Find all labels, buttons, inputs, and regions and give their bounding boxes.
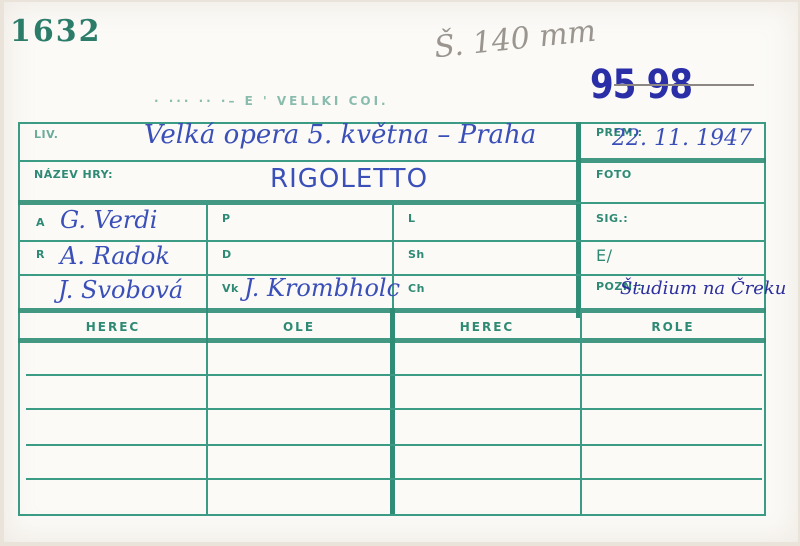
divider bbox=[390, 308, 395, 514]
composer-value: G. Verdi bbox=[60, 206, 157, 234]
row-label-vk: Vk bbox=[222, 282, 239, 295]
row-label-d: D bbox=[222, 248, 232, 261]
archive-card: 1632 Š. 140 mm 95 98 · ··· ·· ·– E ' VEL… bbox=[4, 2, 798, 542]
divider bbox=[576, 122, 581, 318]
table-row-line bbox=[26, 478, 762, 480]
note-value: Študium na Čreku bbox=[620, 278, 786, 299]
sig-label: SIG.: bbox=[596, 212, 628, 225]
title-value: RIGOLETTO bbox=[270, 164, 428, 194]
col-header-role-2: ROLE bbox=[582, 320, 764, 334]
col-header-actor-2: HEREC bbox=[394, 320, 580, 334]
row-label-r: R bbox=[36, 248, 45, 261]
divider bbox=[576, 202, 766, 204]
col-header-actor: HEREC bbox=[20, 320, 206, 334]
table-row-line bbox=[26, 408, 762, 410]
divider bbox=[18, 200, 578, 205]
table-row-line bbox=[26, 444, 762, 446]
venue-label: LIV. bbox=[34, 128, 58, 141]
frame-bottom bbox=[18, 514, 766, 516]
pencil-note: Š. 140 mm bbox=[433, 14, 598, 66]
row-label-sh: Sh bbox=[408, 248, 425, 261]
catalog-number: 1632 bbox=[10, 14, 102, 49]
divider bbox=[206, 200, 208, 516]
table-row-line bbox=[26, 374, 762, 376]
row-label-l: L bbox=[408, 212, 416, 225]
divider bbox=[18, 160, 578, 162]
row-label-a: A bbox=[36, 216, 45, 229]
frame-left bbox=[18, 122, 20, 516]
divider bbox=[580, 308, 582, 514]
e-label: E/ bbox=[596, 246, 613, 265]
venue-value: Velká opera 5. května – Praha bbox=[144, 120, 536, 150]
col-header-role: OLE bbox=[208, 320, 390, 334]
premiere-value: 22. 11. 1947 bbox=[612, 126, 752, 151]
pencil-stroke bbox=[614, 84, 754, 86]
conductor-value: J. Krombholc bbox=[244, 274, 400, 302]
row-label-p: P bbox=[222, 212, 231, 225]
frame-right bbox=[764, 122, 766, 516]
row-label-ch: Ch bbox=[408, 282, 425, 295]
title-label: NÁZEV HRY: bbox=[34, 168, 113, 181]
director-value: A. Radok bbox=[60, 242, 170, 270]
faded-header: · ··· ·· ·– E ' VELLKI COI. bbox=[154, 94, 389, 108]
foto-label: FOTO bbox=[596, 168, 632, 181]
designer-value: J. Svobová bbox=[58, 276, 183, 304]
divider bbox=[576, 158, 766, 163]
